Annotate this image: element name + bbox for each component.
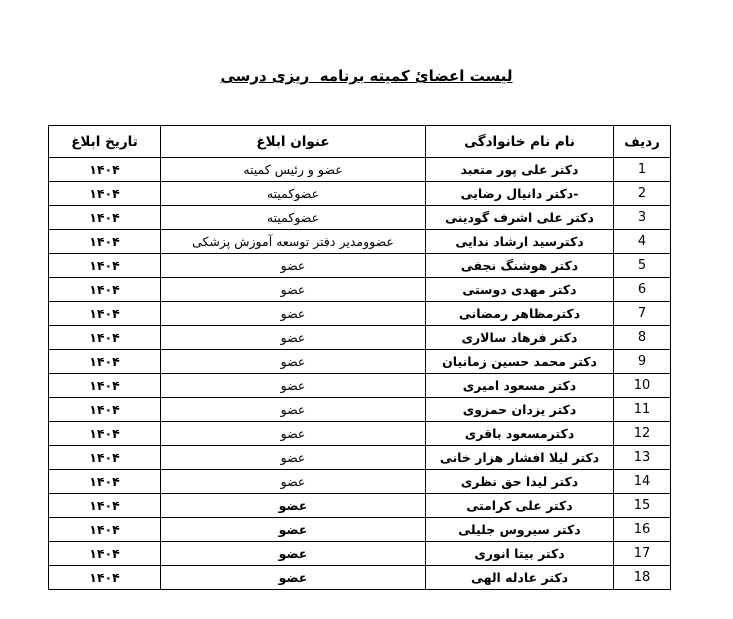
- row-number-cell: 14: [614, 470, 671, 494]
- role-cell: عضوکمیته: [161, 206, 426, 230]
- name-cell: دکتر بیتا انوری: [426, 542, 614, 566]
- row-number-cell: 1: [614, 158, 671, 182]
- table-row: 6 دکتر مهدی دوستی عضو ۱۴۰۴: [49, 278, 671, 302]
- name-cell: دکتر عادله الهی: [426, 566, 614, 590]
- name-cell: دکتر یزدان حمزوی: [426, 398, 614, 422]
- table-header-row: ردیف نام نام خانوادگی عنوان ابلاغ تاریخ …: [49, 126, 671, 158]
- name-cell: دکتر مسعود امیری: [426, 374, 614, 398]
- row-number-cell: 16: [614, 518, 671, 542]
- name-cell: دکتر فرهاد سالاری: [426, 326, 614, 350]
- table-row: 7 دکترمظاهر رمضانی عضو ۱۴۰۴: [49, 302, 671, 326]
- date-cell: ۱۴۰۴: [49, 518, 161, 542]
- row-number-cell: 4: [614, 230, 671, 254]
- date-cell: ۱۴۰۴: [49, 254, 161, 278]
- role-cell: عضو: [161, 470, 426, 494]
- table-row: 15 دکتر علی کرامتی عضو ۱۴۰۴: [49, 494, 671, 518]
- date-cell: ۱۴۰۴: [49, 182, 161, 206]
- row-number-cell: 9: [614, 350, 671, 374]
- date-cell: ۱۴۰۴: [49, 422, 161, 446]
- name-cell: دکترمظاهر رمضانی: [426, 302, 614, 326]
- date-cell: ۱۴۰۴: [49, 302, 161, 326]
- table-row: 1 دکتر علی پور متعبد عضو و رئیس کمیته ۱۴…: [49, 158, 671, 182]
- table-row: 11 دکتر یزدان حمزوی عضو ۱۴۰۴: [49, 398, 671, 422]
- name-cell: دکتر لیلا افشار هزار خانی: [426, 446, 614, 470]
- name-cell: دکتر علی اشرف گودینی: [426, 206, 614, 230]
- date-cell: ۱۴۰۴: [49, 398, 161, 422]
- committee-members-table: ردیف نام نام خانوادگی عنوان ابلاغ تاریخ …: [48, 125, 671, 590]
- name-cell: دکترمسعود باقری: [426, 422, 614, 446]
- table-row: 4 دکترسید ارشاد ندایی عضوومدیر دفتر توسع…: [49, 230, 671, 254]
- date-cell: ۱۴۰۴: [49, 446, 161, 470]
- name-cell: دکتر علی کرامتی: [426, 494, 614, 518]
- table-row: 10 دکتر مسعود امیری عضو ۱۴۰۴: [49, 374, 671, 398]
- name-cell: دکتر علی پور متعبد: [426, 158, 614, 182]
- role-cell: عضو و رئیس کمیته: [161, 158, 426, 182]
- role-cell: عضو: [161, 278, 426, 302]
- name-cell: -دکتر دانیال رضایی: [426, 182, 614, 206]
- page-title: لیست اعضائ کمیته برنامه ریزی درسی: [0, 64, 733, 88]
- name-cell: دکتر لیدا حق نظری: [426, 470, 614, 494]
- role-cell: عضو: [161, 326, 426, 350]
- row-number-cell: 5: [614, 254, 671, 278]
- row-number-cell: 10: [614, 374, 671, 398]
- row-number-cell: 7: [614, 302, 671, 326]
- table-row: 17 دکتر بیتا انوری عضو ۱۴۰۴: [49, 542, 671, 566]
- row-number-cell: 8: [614, 326, 671, 350]
- name-cell: دکتر هوشنگ نجفی: [426, 254, 614, 278]
- date-cell: ۱۴۰۴: [49, 374, 161, 398]
- date-cell: ۱۴۰۴: [49, 566, 161, 590]
- row-number-cell: 11: [614, 398, 671, 422]
- row-number-cell: 13: [614, 446, 671, 470]
- table-row: 12 دکترمسعود باقری عضو ۱۴۰۴: [49, 422, 671, 446]
- table-row: 2 -دکتر دانیال رضایی عضوکمیته ۱۴۰۴: [49, 182, 671, 206]
- name-cell: دکترسید ارشاد ندایی: [426, 230, 614, 254]
- date-cell: ۱۴۰۴: [49, 542, 161, 566]
- table-row: 3 دکتر علی اشرف گودینی عضوکمیته ۱۴۰۴: [49, 206, 671, 230]
- name-cell: دکتر مهدی دوستی: [426, 278, 614, 302]
- role-cell: عضو: [161, 446, 426, 470]
- header-appointment-date: تاریخ ابلاغ: [49, 126, 161, 158]
- role-cell: عضو: [161, 494, 426, 518]
- row-number-cell: 17: [614, 542, 671, 566]
- table-row: 8 دکتر فرهاد سالاری عضو ۱۴۰۴: [49, 326, 671, 350]
- date-cell: ۱۴۰۴: [49, 278, 161, 302]
- table-row: 16 دکتر سیروس جلیلی عضو ۱۴۰۴: [49, 518, 671, 542]
- date-cell: ۱۴۰۴: [49, 158, 161, 182]
- role-cell: عضو: [161, 374, 426, 398]
- date-cell: ۱۴۰۴: [49, 470, 161, 494]
- table-row: 13 دکتر لیلا افشار هزار خانی عضو ۱۴۰۴: [49, 446, 671, 470]
- date-cell: ۱۴۰۴: [49, 230, 161, 254]
- role-cell: عضوکمیته: [161, 182, 426, 206]
- role-cell: عضو: [161, 422, 426, 446]
- row-number-cell: 15: [614, 494, 671, 518]
- row-number-cell: 6: [614, 278, 671, 302]
- role-cell: عضو: [161, 398, 426, 422]
- date-cell: ۱۴۰۴: [49, 350, 161, 374]
- header-full-name: نام نام خانوادگی: [426, 126, 614, 158]
- date-cell: ۱۴۰۴: [49, 494, 161, 518]
- date-cell: ۱۴۰۴: [49, 206, 161, 230]
- role-cell: عضو: [161, 518, 426, 542]
- row-number-cell: 18: [614, 566, 671, 590]
- role-cell: عضوومدیر دفتر توسعه آموزش پزشکی: [161, 230, 426, 254]
- date-cell: ۱۴۰۴: [49, 326, 161, 350]
- document-page: { "page": { "title": "لیست اعضائ کمیته ب…: [0, 0, 733, 619]
- header-row-number: ردیف: [614, 126, 671, 158]
- role-cell: عضو: [161, 542, 426, 566]
- role-cell: عضو: [161, 566, 426, 590]
- name-cell: دکتر محمد حسین زمانیان: [426, 350, 614, 374]
- row-number-cell: 12: [614, 422, 671, 446]
- table-row: 14 دکتر لیدا حق نظری عضو ۱۴۰۴: [49, 470, 671, 494]
- table-row: 18 دکتر عادله الهی عضو ۱۴۰۴: [49, 566, 671, 590]
- name-cell: دکتر سیروس جلیلی: [426, 518, 614, 542]
- row-number-cell: 2: [614, 182, 671, 206]
- table-row: 9 دکتر محمد حسین زمانیان عضو ۱۴۰۴: [49, 350, 671, 374]
- role-cell: عضو: [161, 254, 426, 278]
- role-cell: عضو: [161, 350, 426, 374]
- table-row: 5 دکتر هوشنگ نجفی عضو ۱۴۰۴: [49, 254, 671, 278]
- role-cell: عضو: [161, 302, 426, 326]
- row-number-cell: 3: [614, 206, 671, 230]
- header-appointment-title: عنوان ابلاغ: [161, 126, 426, 158]
